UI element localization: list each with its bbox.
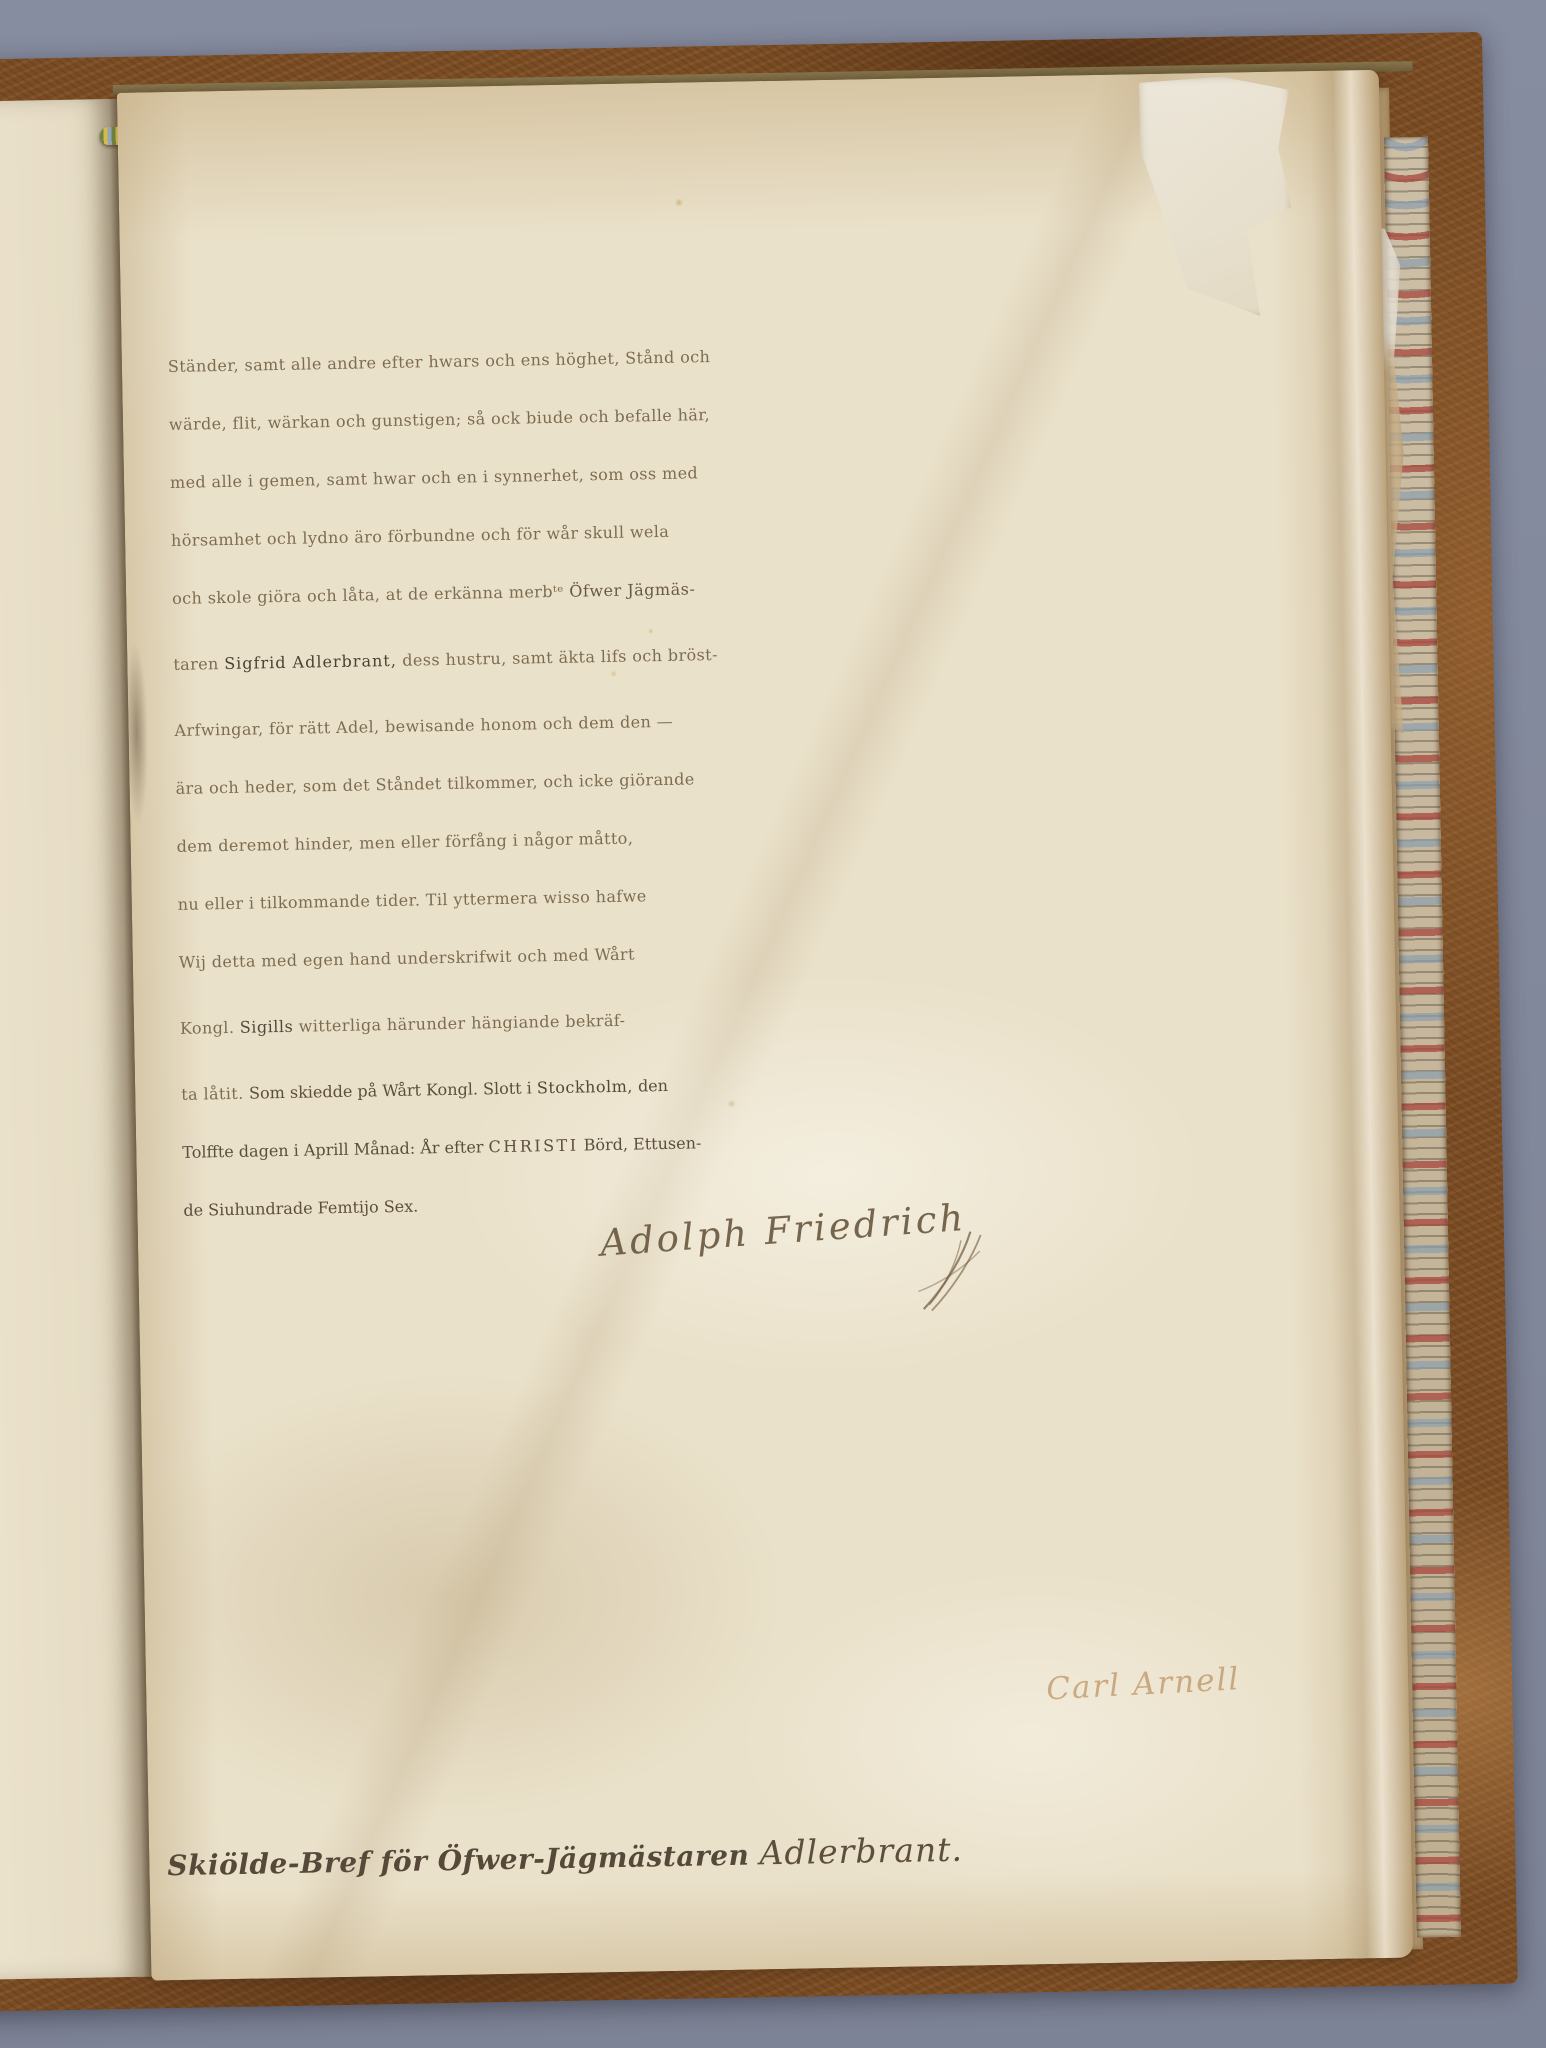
- manuscript-text-segment: ta låtit.: [181, 1084, 249, 1104]
- caption-name: Adlerbrant.: [759, 1830, 963, 1873]
- manuscript-text-segment: dem deremot hinder, men eller förfång i …: [177, 829, 634, 856]
- manuscript-text-segment: Börd, Ettusen-: [578, 1133, 701, 1154]
- caption-text: Skiölde-Bref för Öfwer-Jägmästaren: [167, 1838, 760, 1882]
- manuscript-text-segment: Som skiedde på Wårt Kongl. Slott i: [249, 1078, 537, 1102]
- bound-volume: ö,rſårnny, Ständer, samt alle andre efte…: [0, 32, 1518, 2012]
- manuscript-text-segment: Ständer, samt alle andre efter hwars och…: [168, 347, 711, 376]
- manuscript-text-segment: Öfwer Jägmäs-: [569, 579, 695, 600]
- manuscript-text-segment: witterliga härunder hängiande bekräf-: [293, 1011, 626, 1036]
- manuscript-text-segment: med alle i gemen, samt hwar och en i syn…: [170, 463, 698, 492]
- manuscript-text-segment: Kongl.: [180, 1018, 240, 1038]
- manuscript-text-segment: dess hustru, samt äkta lifs och bröst-: [397, 645, 718, 670]
- manuscript-text-segment: Stockholm,: [537, 1077, 633, 1098]
- manuscript-text-segment: nu eller i tilkommande tider. Til ytterm…: [178, 886, 647, 914]
- text-block: Ständer, samt alle andre efter hwars och…: [167, 322, 1043, 1240]
- manuscript-text-segment: Arfwingar, för rätt Adel, bewisande hono…: [174, 712, 673, 740]
- manuscript-text-segment: wärde, flit, wärkan och gunstigen; så oc…: [169, 405, 710, 434]
- manuscript-page: Ständer, samt alle andre efter hwars och…: [117, 70, 1413, 1981]
- manuscript-text-segment: Wij detta med egen hand underskrifwit oc…: [179, 945, 635, 972]
- manuscript-text-segment: och skole giöra och låta, at de erkänna …: [172, 582, 570, 608]
- manuscript-text-segment: den: [633, 1076, 668, 1096]
- archival-caption: Skiölde-Bref för Öfwer-Jägmästaren Adler…: [167, 1830, 963, 1884]
- photo-of-manuscript: { "scene": { "description_colors": { "ba…: [0, 0, 1546, 2048]
- manuscript-text-segment: Sigfrid Adlerbrant,: [224, 651, 397, 673]
- torn-tissue-corner: [1139, 75, 1293, 318]
- signature-flourish: [900, 1228, 995, 1314]
- manuscript-text-segment: taren: [173, 654, 224, 674]
- manuscript-text-segment: hörsamhet och lydno äro förbundne och fö…: [171, 522, 670, 550]
- manuscript-text-segment: de Siuhundrade Femtijo Sex.: [183, 1197, 418, 1220]
- manuscript-text-segment: Tolffte dagen i Aprill Månad: År efter: [182, 1137, 489, 1162]
- witness-signature: Carl Arnell: [1045, 1661, 1241, 1707]
- facing-page-text-fragment: nn: [0, 1230, 1, 1254]
- manuscript-text-segment: ära och heder, som det Ståndet tilkommer…: [175, 769, 694, 798]
- manuscript-text-segment: Sigills: [240, 1017, 294, 1037]
- manuscript-text-segment: CHRISTI: [488, 1136, 578, 1157]
